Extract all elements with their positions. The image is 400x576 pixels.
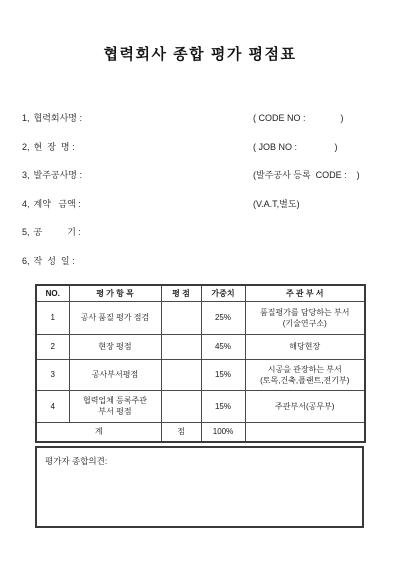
- cell-dept: 주관부서(공무부): [245, 390, 365, 422]
- cell-score: [161, 301, 201, 334]
- field-label: 계약 금액 :: [34, 199, 81, 209]
- cell-dept: 해당현장: [245, 334, 365, 359]
- field-job-no: ( JOB NO : ): [253, 141, 338, 153]
- page-title: 협력회사 종합 평가 평점표: [0, 43, 400, 64]
- cell-score: [161, 359, 201, 390]
- field-number: 6,: [22, 255, 30, 267]
- field-code-no: ( CODE NO : ): [253, 112, 344, 124]
- cell-no: 2: [36, 334, 69, 359]
- table-total-row: 계 점 100%: [36, 422, 365, 442]
- header-dept: 주 관 부 서: [245, 285, 365, 301]
- cell-dept: 품질평가를 담당하는 부서 (기술연구소): [245, 301, 365, 334]
- field-vat-note: (V.A.T,별도): [253, 198, 300, 210]
- cell-no: 1: [36, 301, 69, 334]
- total-score-unit: 점: [161, 422, 201, 442]
- cell-no: 3: [36, 359, 69, 390]
- field-row-company: 1,협력회사명 : ( CODE NO : ): [0, 112, 400, 141]
- cell-item: 공사 품질 평가 점검: [69, 301, 161, 334]
- field-label: 작 성 일 :: [34, 256, 75, 266]
- cell-score: [161, 390, 201, 422]
- field-number: 4,: [22, 198, 30, 210]
- table-row: 3 공사부서평점 15% 시공을 관장하는 부서 (토목,건축,플랜트,전기부): [36, 359, 365, 390]
- field-row-contract-amount: 4,계약 금액 : (V.A.T,별도): [0, 198, 400, 227]
- total-dept: [245, 422, 365, 442]
- total-label: 계: [36, 422, 161, 442]
- field-order-code: (발주공사 등록 CODE : ): [253, 169, 360, 181]
- field-label: 공 기 :: [34, 227, 81, 237]
- cell-weight: 25%: [201, 301, 245, 334]
- field-row-site: 2,현 장 명 : ( JOB NO : ): [0, 141, 400, 170]
- field-row-duration: 5,공 기 :: [0, 226, 400, 255]
- header-item: 평 가 항 목: [69, 285, 161, 301]
- field-number: 5,: [22, 226, 30, 238]
- cell-weight: 45%: [201, 334, 245, 359]
- cell-item: 공사부서평점: [69, 359, 161, 390]
- field-number: 1,: [22, 112, 30, 124]
- field-label: 현 장 명 :: [34, 142, 75, 152]
- cell-score: [161, 334, 201, 359]
- evaluation-table: NO. 평 가 항 목 평 점 가중치 주 관 부 서 1 공사 품질 평가 점…: [35, 284, 366, 443]
- document-page: 협력회사 종합 평가 평점표 1,협력회사명 : ( CODE NO : ) 2…: [0, 0, 400, 576]
- cell-item: 협력업체 등록주관 부서 평점: [69, 390, 161, 422]
- field-number: 2,: [22, 141, 30, 153]
- table-header-row: NO. 평 가 항 목 평 점 가중치 주 관 부 서: [36, 285, 365, 301]
- header-weight: 가중치: [201, 285, 245, 301]
- field-label: 발주공사명 :: [34, 170, 82, 180]
- total-weight: 100%: [201, 422, 245, 442]
- field-number: 3,: [22, 169, 30, 181]
- cell-weight: 15%: [201, 390, 245, 422]
- field-list: 1,협력회사명 : ( CODE NO : ) 2,현 장 명 : ( JOB …: [0, 112, 400, 284]
- cell-weight: 15%: [201, 359, 245, 390]
- cell-no: 4: [36, 390, 69, 422]
- comment-label: 평가자 종합의견:: [45, 456, 107, 466]
- header-no: NO.: [36, 285, 69, 301]
- table-row: 2 현장 평점 45% 해당현장: [36, 334, 365, 359]
- comment-box: 평가자 종합의견:: [35, 446, 364, 528]
- field-row-written-date: 6,작 성 일 :: [0, 255, 400, 284]
- cell-item: 현장 평점: [69, 334, 161, 359]
- table-row: 1 공사 품질 평가 점검 25% 품질평가를 담당하는 부서 (기술연구소): [36, 301, 365, 334]
- field-label: 협력회사명 :: [34, 113, 82, 123]
- table-row: 4 협력업체 등록주관 부서 평점 15% 주관부서(공무부): [36, 390, 365, 422]
- header-score: 평 점: [161, 285, 201, 301]
- field-row-order-project: 3,발주공사명 : (발주공사 등록 CODE : ): [0, 169, 400, 198]
- cell-dept: 시공을 관장하는 부서 (토목,건축,플랜트,전기부): [245, 359, 365, 390]
